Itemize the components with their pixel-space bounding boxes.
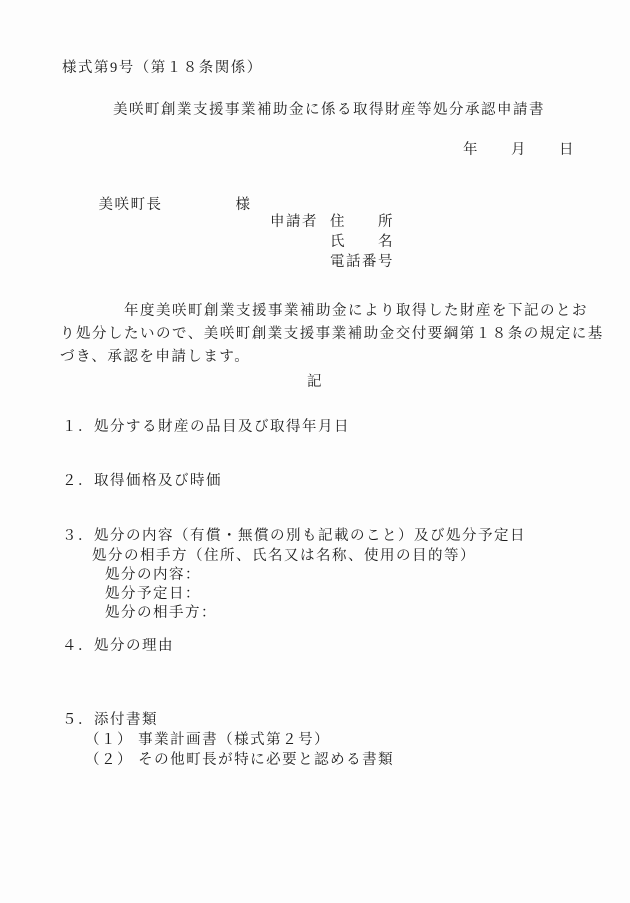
addressee-line: 美咲町長様	[78, 178, 252, 232]
body-paragraph-line2: り処分したいので、美咲町創業支援事業補助金交付要綱第１８条の規定に基	[60, 325, 604, 343]
applicant-name-field: 氏 名	[330, 233, 394, 251]
item-3-detail-planned-date: 処分予定日：	[105, 585, 201, 603]
item-5-attachment-2: （２） その他町長が特に必要と認める書類	[85, 751, 394, 769]
body-paragraph-line1: 年度美咲町創業支援事業補助金により取得した財産を下記のとお	[60, 302, 588, 320]
item-3-detail-content: 処分の内容：	[105, 566, 201, 584]
applicant-phone-field: 電話番号	[330, 253, 394, 271]
item-3-detail-counterparty: 処分の相手方：	[105, 604, 217, 622]
item-5-attachments: ５．添付書類	[62, 711, 158, 729]
body-paragraph-line3: づき、承認を申請します。	[60, 348, 250, 366]
document-title: 美咲町創業支援事業補助金に係る取得財産等処分承認申請書	[113, 101, 545, 119]
item-2-acquisition-price: ２．取得価格及び時価	[62, 472, 222, 490]
application-form-page: 様式第9号（第１８条関係） 美咲町創業支援事業補助金に係る取得財産等処分承認申請…	[0, 0, 630, 903]
ki-heading: 記	[0, 373, 630, 391]
addressee-honorific: 様	[236, 197, 252, 213]
form-number: 様式第9号（第１８条関係）	[62, 59, 263, 77]
item-4-disposal-reason: ４．処分の理由	[62, 637, 174, 655]
item-5-attachment-1: （１） 事業計画書（様式第２号）	[85, 731, 330, 749]
item-3-disposal-details: ３．処分の内容（有償・無償の別も記載のこと）及び処分予定日	[62, 527, 526, 545]
applicant-address-field: 住 所	[330, 213, 394, 231]
applicant-label: 申請者	[270, 213, 318, 231]
item-3-counterparty-note: 処分の相手方（住所、氏名又は名称、使用の目的等）	[92, 547, 476, 565]
addressee-name: 美咲町長	[99, 197, 163, 213]
date-line: 年 月 日	[463, 141, 575, 159]
item-1-property-and-date: １．処分する財産の品目及び取得年月日	[62, 418, 350, 436]
